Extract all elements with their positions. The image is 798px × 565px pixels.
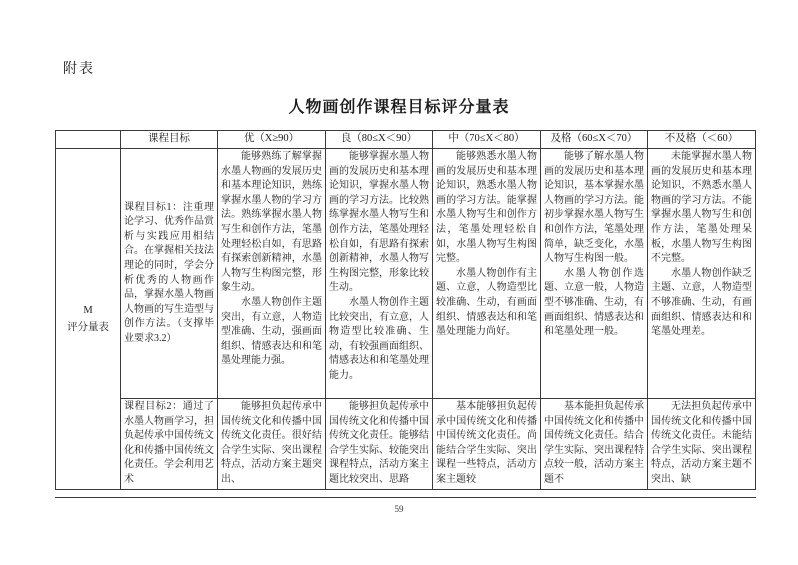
objective-2-cell: 课程目标2：通过了水墨人物画学习，担负起传承中国传统文化和传播中国传统文化责任。…	[121, 399, 218, 490]
cell-paragraph: 水墨人物创作有主题、立意，人物造型比较准确、生动，有画面组织、情感表达和和笔墨处…	[436, 267, 537, 340]
page-number: 59	[0, 504, 798, 514]
row2-medium-cell: 基本能够担负起传承中国传统文化和传播中国传统文化责任。尚能结合学生实际、突出课程…	[433, 399, 541, 490]
cell-paragraph: 未能掌握水墨人物画的发展历史和基本理论知识，不熟悉水墨人物画的学习方法。不能掌握…	[651, 150, 752, 267]
side-label-line2: 评分量表	[56, 319, 120, 336]
table-row: 课程目标2：通过了水墨人物画学习，担负起传承中国传统文化和传播中国传统文化责任。…	[56, 399, 756, 490]
cell-paragraph: 能够掌握水墨人物画的发展历史和基本理论知识，掌握水墨人物画的学习方法。比较熟练掌…	[329, 150, 429, 296]
cell-paragraph: 基本能够担负起传承中国传统文化和传播中国传统文化责任。尚能结合学生实际、突出课程…	[436, 400, 537, 488]
header-good: 良（80≤X＜90）	[326, 131, 433, 149]
row1-pass-cell: 能够了解水墨人物画的发展历史和基本理论知识，基本掌握水墨人物画的学习方法。能初步…	[541, 149, 648, 399]
row1-fail-cell: 未能掌握水墨人物画的发展历史和基本理论知识，不熟悉水墨人物画的学习方法。不能掌握…	[648, 149, 756, 399]
cell-paragraph: 水墨人物创作主题比较突出，有立意，人物造型比较准确、生动，有较强画面组织、情感表…	[329, 296, 429, 384]
appendix-label: 附表	[63, 58, 95, 78]
cell-paragraph: 水墨人物创作选题、立意一般，人物造型不够准确、生动，有画面组织、情感表达和和笔墨…	[544, 267, 644, 340]
cell-paragraph: 能够担负起传承中国传统文化和传播中国传统文化责任。很好结合学生实际、突出课程特点…	[221, 400, 322, 488]
row2-excellent-cell: 能够担负起传承中国传统文化和传播中国传统文化责任。很好结合学生实际、突出课程特点…	[218, 399, 326, 490]
scoring-table: 课程目标 优（X≥90） 良（80≤X＜90） 中（70≤X＜80） 及格（60…	[55, 130, 756, 490]
cell-paragraph: 能够担负起传承中国传统文化和传播中国传统文化责任。能够结合学生实际、较能突出课程…	[329, 400, 429, 488]
header-medium: 中（70≤X＜80）	[433, 131, 541, 149]
side-label-line1: M	[56, 302, 120, 319]
cell-paragraph: 水墨人物创作主题突出，有立意，人物造型准确、生动，强画面组织、情感表达和和笔墨处…	[221, 296, 322, 369]
row1-excellent-cell: 能够熟练了解掌握水墨人物画的发展历史和基本理论知识，熟练掌握水墨人物的学习方法。…	[218, 149, 326, 399]
document-page: 附表 人物画创作课程目标评分量表 课程目标 优（X≥90） 良（80≤X＜90）…	[0, 0, 798, 565]
header-row: 课程目标 优（X≥90） 良（80≤X＜90） 中（70≤X＜80） 及格（60…	[56, 131, 756, 149]
cell-paragraph: 能够了解水墨人物画的发展历史和基本理论知识，基本掌握水墨人物画的学习方法。能初步…	[544, 150, 644, 267]
header-fail: 不及格（＜60）	[648, 131, 756, 149]
table-row: M 评分量表 课程目标1：注重理论学习、优秀作品赏析与实践应用相结合。在掌握相关…	[56, 149, 756, 399]
cell-paragraph: 水墨人物创作缺乏主题、立意，人物造型不够准确、生动，有画面组织、情感表达和和笔墨…	[651, 267, 752, 340]
row2-good-cell: 能够担负起传承中国传统文化和传播中国传统文化责任。能够结合学生实际、较能突出课程…	[326, 399, 433, 490]
cell-paragraph: 基本能担负起传承中国传统文化和传播中国传统文化责任。结合学生实际、突出课程特点较…	[544, 400, 644, 488]
side-label-cell: M 评分量表	[56, 149, 121, 490]
scoring-table-clip: 课程目标 优（X≥90） 良（80≤X＜90） 中（70≤X＜80） 及格（60…	[55, 130, 756, 498]
cell-paragraph: 能够熟悉水墨人物画的发展历史和基本理论知识，熟悉水墨人物画的学习方法。能掌握水墨…	[436, 150, 537, 267]
objective-2-text: 课程目标2：通过了水墨人物画学习，担负起传承中国传统文化和传播中国传统文化责任。…	[124, 400, 214, 488]
objective-1-text: 课程目标1：注重理论学习、优秀作品赏析与实践应用相结合。在掌握相关技法理论的同时…	[124, 201, 214, 347]
page-title: 人物画创作课程目标评分量表	[0, 94, 798, 117]
corner-cell	[56, 131, 121, 149]
cell-paragraph: 能够熟练了解掌握水墨人物画的发展历史和基本理论知识，熟练掌握水墨人物的学习方法。…	[221, 150, 322, 296]
row2-pass-cell: 基本能担负起传承中国传统文化和传播中国传统文化责任。结合学生实际、突出课程特点较…	[541, 399, 648, 490]
header-objective: 课程目标	[121, 131, 218, 149]
row2-fail-cell: 无法担负起传承中国传统文化和传播中国传统文化责任。未能结合学生实际、突出课程特点…	[648, 399, 756, 490]
cell-paragraph: 无法担负起传承中国传统文化和传播中国传统文化责任。未能结合学生实际、突出课程特点…	[651, 400, 752, 488]
header-excellent: 优（X≥90）	[218, 131, 326, 149]
objective-1-cell: 课程目标1：注重理论学习、优秀作品赏析与实践应用相结合。在掌握相关技法理论的同时…	[121, 149, 218, 399]
header-pass: 及格（60≤X＜70）	[541, 131, 648, 149]
row1-good-cell: 能够掌握水墨人物画的发展历史和基本理论知识，掌握水墨人物画的学习方法。比较熟练掌…	[326, 149, 433, 399]
row1-medium-cell: 能够熟悉水墨人物画的发展历史和基本理论知识，熟悉水墨人物画的学习方法。能掌握水墨…	[433, 149, 541, 399]
